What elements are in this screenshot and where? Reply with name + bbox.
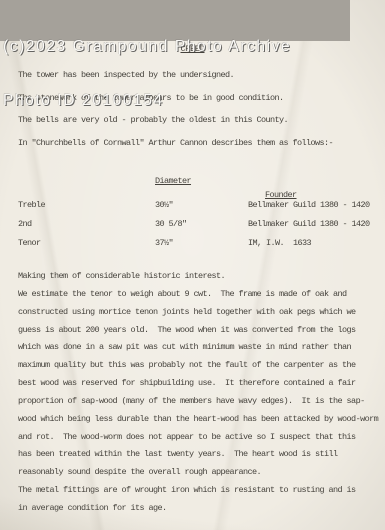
body-line: constructed using mortice tenon joints h… (18, 304, 378, 322)
body-line: wood which being less durable than the h… (18, 411, 378, 429)
scanned-document-page: (c)2023 Grampound Photo Archive Photo ID… (0, 0, 385, 530)
bell-founder: IM, I.W. 1633 (248, 234, 311, 253)
body-line: which was done in a saw pit was cut with… (18, 339, 378, 357)
body-line: maximum quality but this was probably no… (18, 357, 378, 375)
bell-founder: Bellmaker Guild 1380 - 1420 (248, 215, 370, 234)
column-header-diameter: Diameter (155, 174, 191, 188)
bell-table-body: Treble 30½" Bellmaker Guild 1380 - 1420 … (0, 196, 385, 254)
bell-diameter: 30 5/8" (155, 215, 187, 234)
body-line: The metal fittings are of wrought iron w… (18, 482, 378, 500)
bell-name: Tenor (18, 234, 41, 253)
body-line: in average condition for its age. (18, 500, 378, 518)
body-line: and rot. The wood-worm does not appear t… (18, 429, 378, 447)
bell-name: 2nd (18, 215, 32, 234)
body-line: We estimate the tenor to weigh about 9 c… (18, 286, 378, 304)
table-row: Tenor 37½" IM, I.W. 1633 (0, 234, 385, 253)
body-line: has been treated within the last twenty … (18, 446, 378, 464)
body-line: Making them of considerable historic int… (18, 268, 378, 286)
body-line: reasonably sound despite the overall rou… (18, 464, 378, 482)
bell-table-header-row: Diameter Founder (0, 160, 385, 174)
table-row: 2nd 30 5/8" Bellmaker Guild 1380 - 1420 (0, 215, 385, 234)
body-line: best wood was reserved for shipbuilding … (18, 375, 378, 393)
bell-diameter: 37½" (155, 234, 173, 253)
body-line: guess is about 200 years old. The wood w… (18, 322, 378, 340)
watermark-band: (c)2023 Grampound Photo Archive Photo ID… (0, 0, 350, 41)
watermark-photo-id: Photo ID 20100154 (3, 92, 350, 110)
body-line: proportion of sap-wood (many of the memb… (18, 393, 378, 411)
body-paragraphs: Making them of considerable historic int… (18, 268, 378, 518)
table-row: Treble 30½" Bellmaker Guild 1380 - 1420 (0, 196, 385, 215)
bell-name: Treble (18, 196, 45, 215)
bell-founder: Bellmaker Guild 1380 - 1420 (248, 196, 370, 215)
watermark-copyright-line: (c)2023 Grampound Photo Archive (3, 38, 350, 56)
bell-diameter: 30½" (155, 196, 173, 215)
